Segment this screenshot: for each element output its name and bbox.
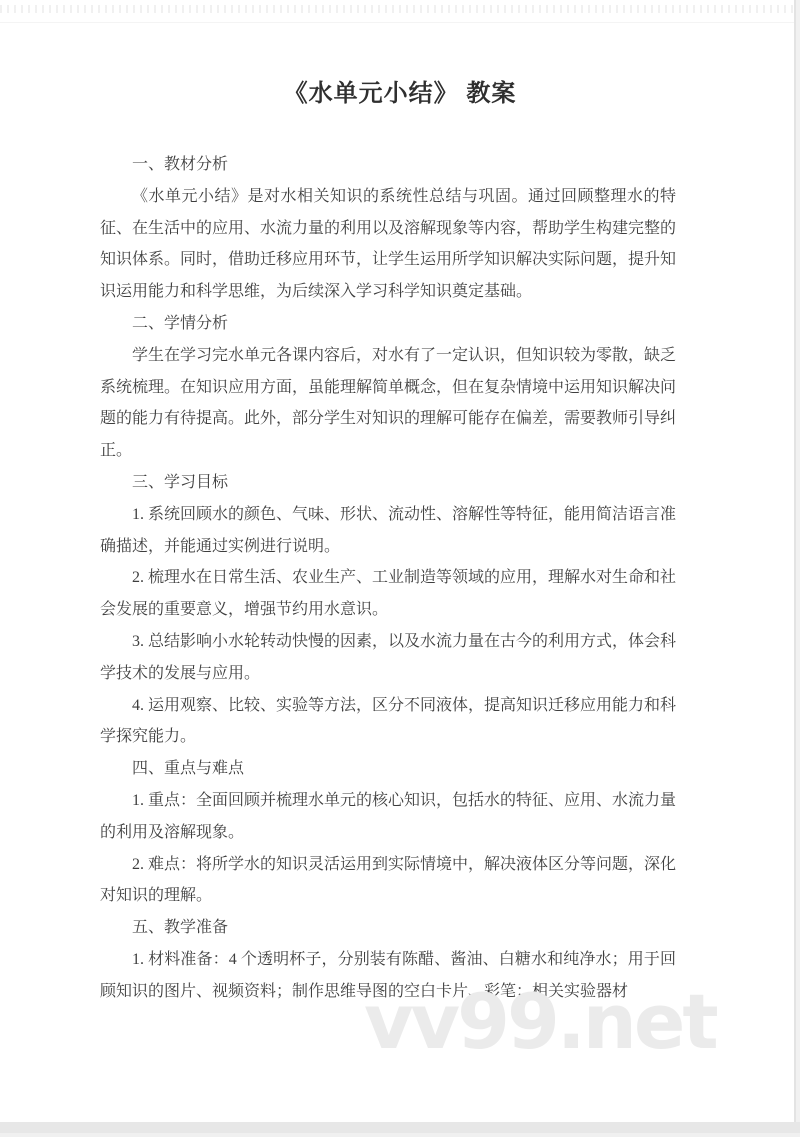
paragraph: 3. 总结影响小水轮转动快慢的因素，以及水流力量在古今的利用方式，体会科学技术的… bbox=[100, 626, 676, 690]
page-right-margin bbox=[796, 0, 800, 1122]
paragraph: 4. 运用观察、比较、实验等方法，区分不同液体，提高知识迁移应用能力和科学探究能… bbox=[100, 690, 676, 754]
paragraph: 1. 材料准备：4 个透明杯子，分别装有陈醋、酱油、白糖水和纯净水；用于回顾知识… bbox=[100, 944, 676, 1008]
section-heading: 三、学习目标 bbox=[100, 467, 676, 499]
paragraph: 1. 重点：全面回顾并梳理水单元的核心知识，包括水的特征、应用、水流力量的利用及… bbox=[100, 785, 676, 849]
scan-hairline bbox=[0, 22, 800, 23]
document-body: 一、教材分析《水单元小结》是对水相关知识的系统性总结与巩固。通过回顾整理水的特征… bbox=[100, 149, 676, 1008]
document-page: 《水单元小结》 教案 一、教材分析《水单元小结》是对水相关知识的系统性总结与巩固… bbox=[0, 0, 800, 1137]
paragraph: 《水单元小结》是对水相关知识的系统性总结与巩固。通过回顾整理水的特征、在生活中的… bbox=[100, 181, 676, 308]
section-heading: 二、学情分析 bbox=[100, 308, 676, 340]
page-bottom-fade bbox=[0, 1133, 800, 1137]
section-heading: 四、重点与难点 bbox=[100, 753, 676, 785]
section-heading: 五、教学准备 bbox=[100, 912, 676, 944]
paragraph: 2. 难点：将所学水的知识灵活运用到实际情境中，解决液体区分等问题，深化对知识的… bbox=[100, 849, 676, 913]
paragraph: 学生在学习完水单元各课内容后，对水有了一定认识，但知识较为零散，缺乏系统梳理。在… bbox=[100, 340, 676, 467]
page-title: 《水单元小结》 教案 bbox=[0, 79, 800, 109]
paragraph: 2. 梳理水在日常生活、农业生产、工业制造等领域的应用，理解水对生命和社会发展的… bbox=[100, 562, 676, 626]
paragraph: 1. 系统回顾水的颜色、气味、形状、流动性、溶解性等特征，能用简洁语言准确描述，… bbox=[100, 499, 676, 563]
section-heading: 一、教材分析 bbox=[100, 149, 676, 181]
scan-edge-artifact bbox=[0, 5, 800, 13]
